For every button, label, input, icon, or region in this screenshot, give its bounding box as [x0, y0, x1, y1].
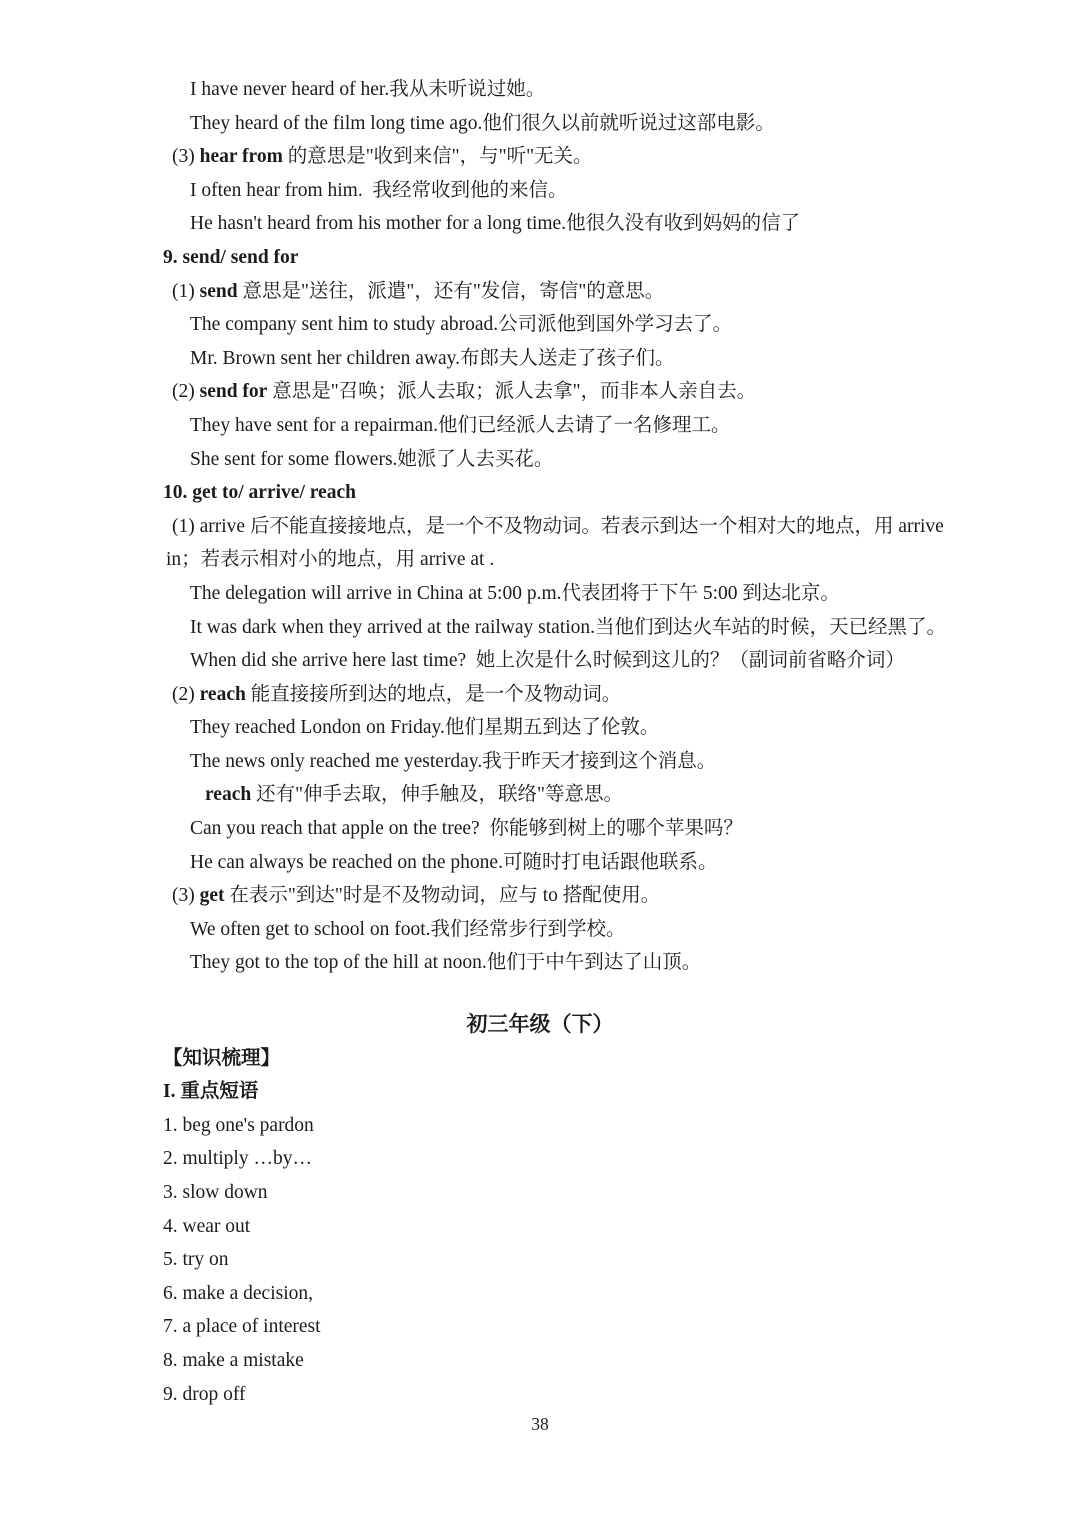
text-segment: I. 重点短语	[163, 1081, 258, 1102]
text-segment: I often hear from him. 我经常收到他的来信。	[190, 180, 567, 201]
text-segment: 意思是"送往，派遣"，还有"发信，寄信"的意思。	[238, 281, 665, 302]
text-line: 【知识梳理】	[0, 1042, 1080, 1076]
text-segment: 【知识梳理】	[163, 1048, 280, 1069]
text-line: Can you reach that apple on the tree? 你能…	[0, 812, 1080, 846]
text-segment: They heard of the film long time ago.他们很…	[190, 113, 775, 134]
text-line: 1. beg one's pardon	[0, 1109, 1080, 1143]
text-line: She sent for some flowers.她派了人去买花。	[0, 443, 1080, 477]
text-segment: (1)	[172, 281, 200, 302]
text-line: The delegation will arrive in China at 5…	[0, 577, 1080, 611]
text-line: They have sent for a repairman.他们已经派人去请了…	[0, 409, 1080, 443]
text-segment: (2)	[172, 381, 200, 402]
text-segment: 10. get to/ arrive/ reach	[163, 482, 356, 503]
text-segment: The company sent him to study abroad.公司派…	[190, 314, 732, 335]
text-segment: The news only reached me yesterday.我于昨天才…	[190, 751, 716, 772]
text-segment: It was dark when they arrived at the rai…	[190, 617, 946, 638]
text-line: (1) send 意思是"送往，派遣"，还有"发信，寄信"的意思。	[0, 275, 1080, 309]
text-segment: He can always be reached on the phone.可随…	[190, 852, 717, 873]
text-segment: They reached London on Friday.他们星期五到达了伦敦…	[190, 717, 659, 738]
text-segment: 1. beg one's pardon	[163, 1115, 314, 1136]
document-page: I have never heard of her.我从未听说过她。They h…	[0, 0, 1080, 1527]
text-segment: (3)	[172, 146, 200, 167]
text-line: He hasn't heard from his mother for a lo…	[0, 207, 1080, 241]
text-line: in；若表示相对小的地点，用 arrive at .	[0, 543, 1080, 577]
text-line: He can always be reached on the phone.可随…	[0, 846, 1080, 880]
text-line: We often get to school on foot.我们经常步行到学校…	[0, 913, 1080, 947]
text-line: 4. wear out	[0, 1210, 1080, 1244]
text-segment: Mr. Brown sent her children away.布郎夫人送走了…	[190, 348, 675, 369]
text-line: They heard of the film long time ago.他们很…	[0, 107, 1080, 141]
text-segment: 9. send/ send for	[163, 247, 298, 268]
text-line: I often hear from him. 我经常收到他的来信。	[0, 174, 1080, 208]
text-line: 8. make a mistake	[0, 1344, 1080, 1378]
text-segment: (3)	[172, 885, 200, 906]
text-segment: in；若表示相对小的地点，用 arrive at .	[166, 549, 494, 570]
text-line: 7. a place of interest	[0, 1310, 1080, 1344]
text-segment: Can you reach that apple on the tree? 你能…	[190, 818, 743, 839]
text-segment: The delegation will arrive in China at 5…	[190, 583, 840, 604]
text-segment: 6. make a decision,	[163, 1283, 313, 1304]
text-line: (3) get 在表示"到达"时是不及物动词，应与 to 搭配使用。	[0, 879, 1080, 913]
text-segment: 初三年级（下）	[467, 1012, 614, 1036]
text-line: 6. make a decision,	[0, 1277, 1080, 1311]
text-segment: 能直接接所到达的地点，是一个及物动词。	[246, 684, 621, 705]
text-line: 5. try on	[0, 1243, 1080, 1277]
text-segment: 4. wear out	[163, 1216, 250, 1237]
text-line: They reached London on Friday.他们星期五到达了伦敦…	[0, 711, 1080, 745]
text-line: 2. multiply …by…	[0, 1142, 1080, 1176]
text-segment: 在表示"到达"时是不及物动词，应与 to 搭配使用。	[225, 885, 661, 906]
text-segment: When did she arrive here last time? 她上次是…	[190, 650, 905, 671]
text-segment: We often get to school on foot.我们经常步行到学校…	[190, 919, 626, 940]
text-line: They got to the top of the hill at noon.…	[0, 946, 1080, 980]
text-line: 9. drop off	[0, 1378, 1080, 1412]
page-number: 38	[0, 1412, 1080, 1436]
text-segment: 5. try on	[163, 1249, 229, 1270]
text-segment: 9. drop off	[163, 1384, 246, 1405]
text-line: (2) reach 能直接接所到达的地点，是一个及物动词。	[0, 678, 1080, 712]
text-segment: reach	[200, 684, 246, 705]
text-line: reach 还有"伸手去取，伸手触及，联络"等意思。	[0, 778, 1080, 812]
text-segment: 还有"伸手去取，伸手触及，联络"等意思。	[251, 784, 623, 805]
text-segment: reach	[205, 784, 251, 805]
text-line: I. 重点短语	[0, 1075, 1080, 1109]
text-line: 3. slow down	[0, 1176, 1080, 1210]
text-segment: send for	[200, 381, 268, 402]
text-segment: (1) arrive 后不能直接接地点，是一个不及物动词。若表示到达一个相对大的…	[172, 516, 944, 537]
text-segment: 2. multiply …by…	[163, 1148, 312, 1169]
text-line: Mr. Brown sent her children away.布郎夫人送走了…	[0, 342, 1080, 376]
text-line: It was dark when they arrived at the rai…	[0, 611, 1080, 645]
text-line: 9. send/ send for	[0, 241, 1080, 275]
text-segment: 8. make a mistake	[163, 1350, 304, 1371]
text-segment: They have sent for a repairman.他们已经派人去请了…	[190, 415, 730, 436]
text-segment: send	[200, 281, 238, 302]
text-segment: 3. slow down	[163, 1182, 268, 1203]
text-segment: She sent for some flowers.她派了人去买花。	[190, 449, 553, 470]
text-segment: 7. a place of interest	[163, 1316, 321, 1337]
text-line: (3) hear from 的意思是"收到来信"，与"听"无关。	[0, 140, 1080, 174]
text-segment: He hasn't heard from his mother for a lo…	[190, 213, 800, 234]
text-segment: (2)	[172, 684, 200, 705]
text-line: The news only reached me yesterday.我于昨天才…	[0, 745, 1080, 779]
text-line: When did she arrive here last time? 她上次是…	[0, 644, 1080, 678]
document-body: I have never heard of her.我从未听说过她。They h…	[0, 0, 1080, 1411]
text-segment: 意思是"召唤；派人去取；派人去拿"，而非本人亲自去。	[267, 381, 756, 402]
text-segment: 的意思是"收到来信"，与"听"无关。	[283, 146, 593, 167]
text-segment: hear from	[200, 146, 283, 167]
text-line: (1) arrive 后不能直接接地点，是一个不及物动词。若表示到达一个相对大的…	[0, 510, 1080, 544]
text-line: (2) send for 意思是"召唤；派人去取；派人去拿"，而非本人亲自去。	[0, 375, 1080, 409]
text-line: I have never heard of her.我从未听说过她。	[0, 73, 1080, 107]
text-segment: I have never heard of her.我从未听说过她。	[190, 79, 545, 100]
text-segment: get	[200, 885, 225, 906]
text-line: 10. get to/ arrive/ reach	[0, 476, 1080, 510]
section-title: 初三年级（下）	[0, 1008, 1080, 1042]
section-spacer	[0, 980, 1080, 1008]
text-line: The company sent him to study abroad.公司派…	[0, 308, 1080, 342]
text-segment: They got to the top of the hill at noon.…	[190, 952, 701, 973]
